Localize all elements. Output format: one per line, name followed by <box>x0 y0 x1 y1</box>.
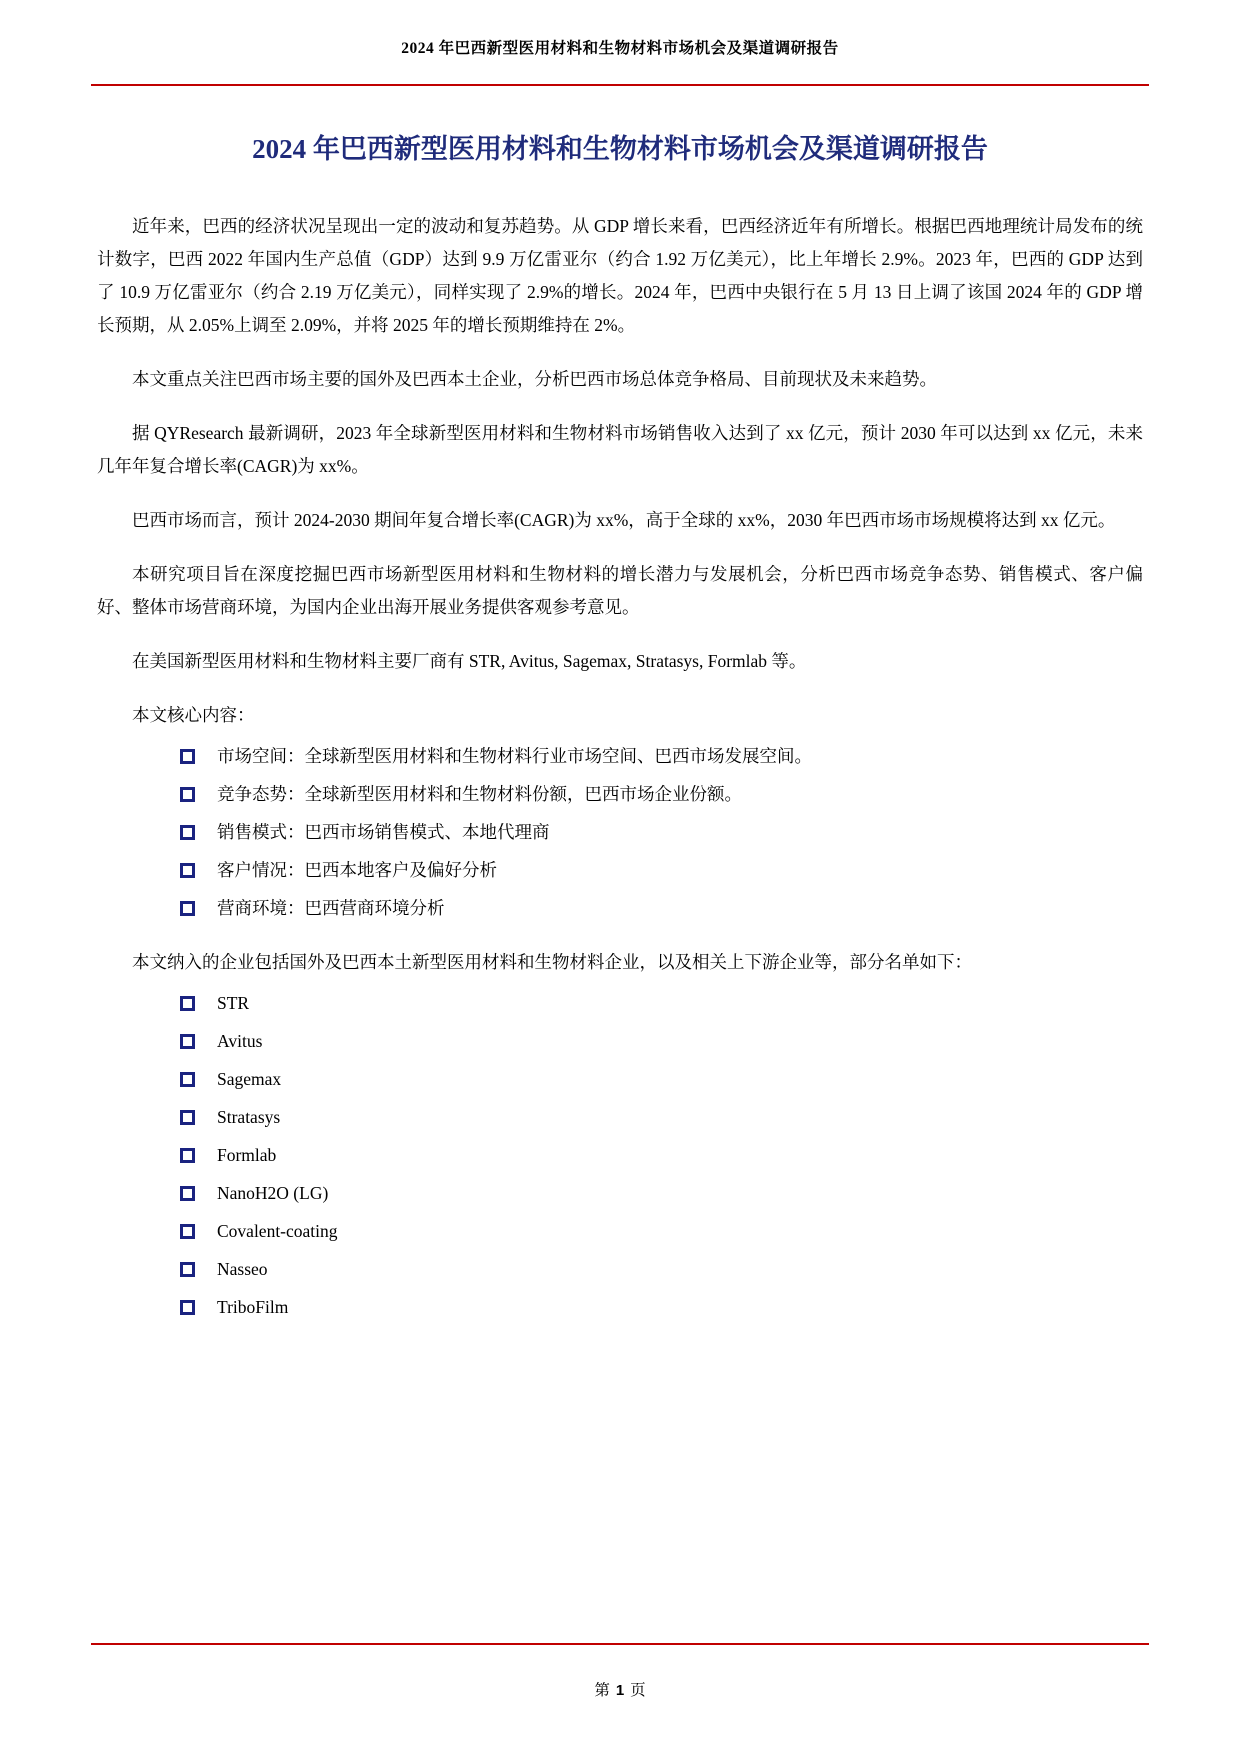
page-label-prefix: 第 <box>594 1682 610 1699</box>
company-name: NanoH2O (LG) <box>217 1177 328 1210</box>
square-bullet-icon <box>180 825 195 840</box>
company-list-item: TriboFilm <box>97 1291 1143 1324</box>
company-list-item: Avitus <box>97 1025 1143 1058</box>
square-bullet-icon <box>180 901 195 916</box>
company-list-item: Stratasys <box>97 1101 1143 1134</box>
square-bullet-icon <box>180 1034 195 1049</box>
paragraph-economy: 近年来，巴西的经济状况呈现出一定的波动和复苏趋势。从 GDP 增长来看，巴西经济… <box>97 210 1143 342</box>
company-list: STR Avitus Sagemax Stratasys <box>97 987 1143 1324</box>
core-content-item: 营商环境：巴西营商环境分析 <box>97 892 1143 925</box>
page-number: 1 <box>616 1682 624 1699</box>
company-name: Stratasys <box>217 1101 280 1134</box>
report-page: 2024 年巴西新型医用材料和生物材料市场机会及渠道调研报告 2024 年巴西新… <box>0 0 1240 1753</box>
company-list-item: Nasseo <box>97 1253 1143 1286</box>
company-list-item: STR <box>97 987 1143 1020</box>
paragraph-us-manufacturers: 在美国新型医用材料和生物材料主要厂商有 STR, Avitus, Sagemax… <box>97 645 1143 678</box>
company-name: Avitus <box>217 1025 262 1058</box>
company-name: STR <box>217 987 249 1020</box>
company-name: Formlab <box>217 1139 276 1172</box>
company-name: Nasseo <box>217 1253 268 1286</box>
core-content-label: 本文核心内容： <box>97 699 1143 732</box>
core-content-item: 市场空间：全球新型医用材料和生物材料行业市场空间、巴西市场发展空间。 <box>97 740 1143 773</box>
core-content-item-text: 营商环境：巴西营商环境分析 <box>217 892 445 925</box>
company-list-item: Sagemax <box>97 1063 1143 1096</box>
core-content-item-text: 客户情况：巴西本地客户及偏好分析 <box>217 854 497 887</box>
square-bullet-icon <box>180 1072 195 1087</box>
core-content-item: 客户情况：巴西本地客户及偏好分析 <box>97 854 1143 887</box>
square-bullet-icon <box>180 863 195 878</box>
square-bullet-icon <box>180 1224 195 1239</box>
company-list-item: NanoH2O (LG) <box>97 1177 1143 1210</box>
running-header: 2024 年巴西新型医用材料和生物材料市场机会及渠道调研报告 <box>0 0 1240 58</box>
paragraph-brazil-market: 巴西市场而言，预计 2024-2030 期间年复合增长率(CAGR)为 xx%，… <box>97 504 1143 537</box>
square-bullet-icon <box>180 1262 195 1277</box>
company-list-item: Covalent-coating <box>97 1215 1143 1248</box>
company-name: Covalent-coating <box>217 1215 338 1248</box>
square-bullet-icon <box>180 1300 195 1315</box>
page-footer: 第1页 <box>0 1678 1240 1700</box>
footer-rule <box>91 1643 1149 1645</box>
paragraph-research-goal: 本研究项目旨在深度挖掘巴西市场新型医用材料和生物材料的增长潜力与发展机会，分析巴… <box>97 558 1143 624</box>
core-content-item-text: 销售模式：巴西市场销售模式、本地代理商 <box>217 816 550 849</box>
core-content-item: 销售模式：巴西市场销售模式、本地代理商 <box>97 816 1143 849</box>
core-content-item: 竞争态势：全球新型医用材料和生物材料份额，巴西市场企业份额。 <box>97 778 1143 811</box>
companies-intro: 本文纳入的企业包括国外及巴西本土新型医用材料和生物材料企业，以及相关上下游企业等… <box>97 946 1143 979</box>
square-bullet-icon <box>180 749 195 764</box>
paragraph-focus: 本文重点关注巴西市场主要的国外及巴西本土企业，分析巴西市场总体竞争格局、目前现状… <box>97 363 1143 396</box>
company-name: Sagemax <box>217 1063 281 1096</box>
paragraph-global-market: 据 QYResearch 最新调研，2023 年全球新型医用材料和生物材料市场销… <box>97 417 1143 483</box>
core-content-item-text: 市场空间：全球新型医用材料和生物材料行业市场空间、巴西市场发展空间。 <box>217 740 812 773</box>
core-content-item-text: 竞争态势：全球新型医用材料和生物材料份额，巴西市场企业份额。 <box>217 778 742 811</box>
square-bullet-icon <box>180 1148 195 1163</box>
square-bullet-icon <box>180 996 195 1011</box>
company-name: TriboFilm <box>217 1291 288 1324</box>
running-header-title: 2024 年巴西新型医用材料和生物材料市场机会及渠道调研报告 <box>401 40 838 57</box>
square-bullet-icon <box>180 1110 195 1125</box>
core-content-list: 市场空间：全球新型医用材料和生物材料行业市场空间、巴西市场发展空间。 竞争态势：… <box>97 740 1143 925</box>
page-label-suffix: 页 <box>630 1682 646 1699</box>
company-list-item: Formlab <box>97 1139 1143 1172</box>
page-title: 2024 年巴西新型医用材料和生物材料市场机会及渠道调研报告 <box>97 130 1143 168</box>
square-bullet-icon <box>180 1186 195 1201</box>
document-body: 2024 年巴西新型医用材料和生物材料市场机会及渠道调研报告 近年来，巴西的经济… <box>0 130 1240 1324</box>
header-rule <box>91 84 1149 86</box>
square-bullet-icon <box>180 787 195 802</box>
